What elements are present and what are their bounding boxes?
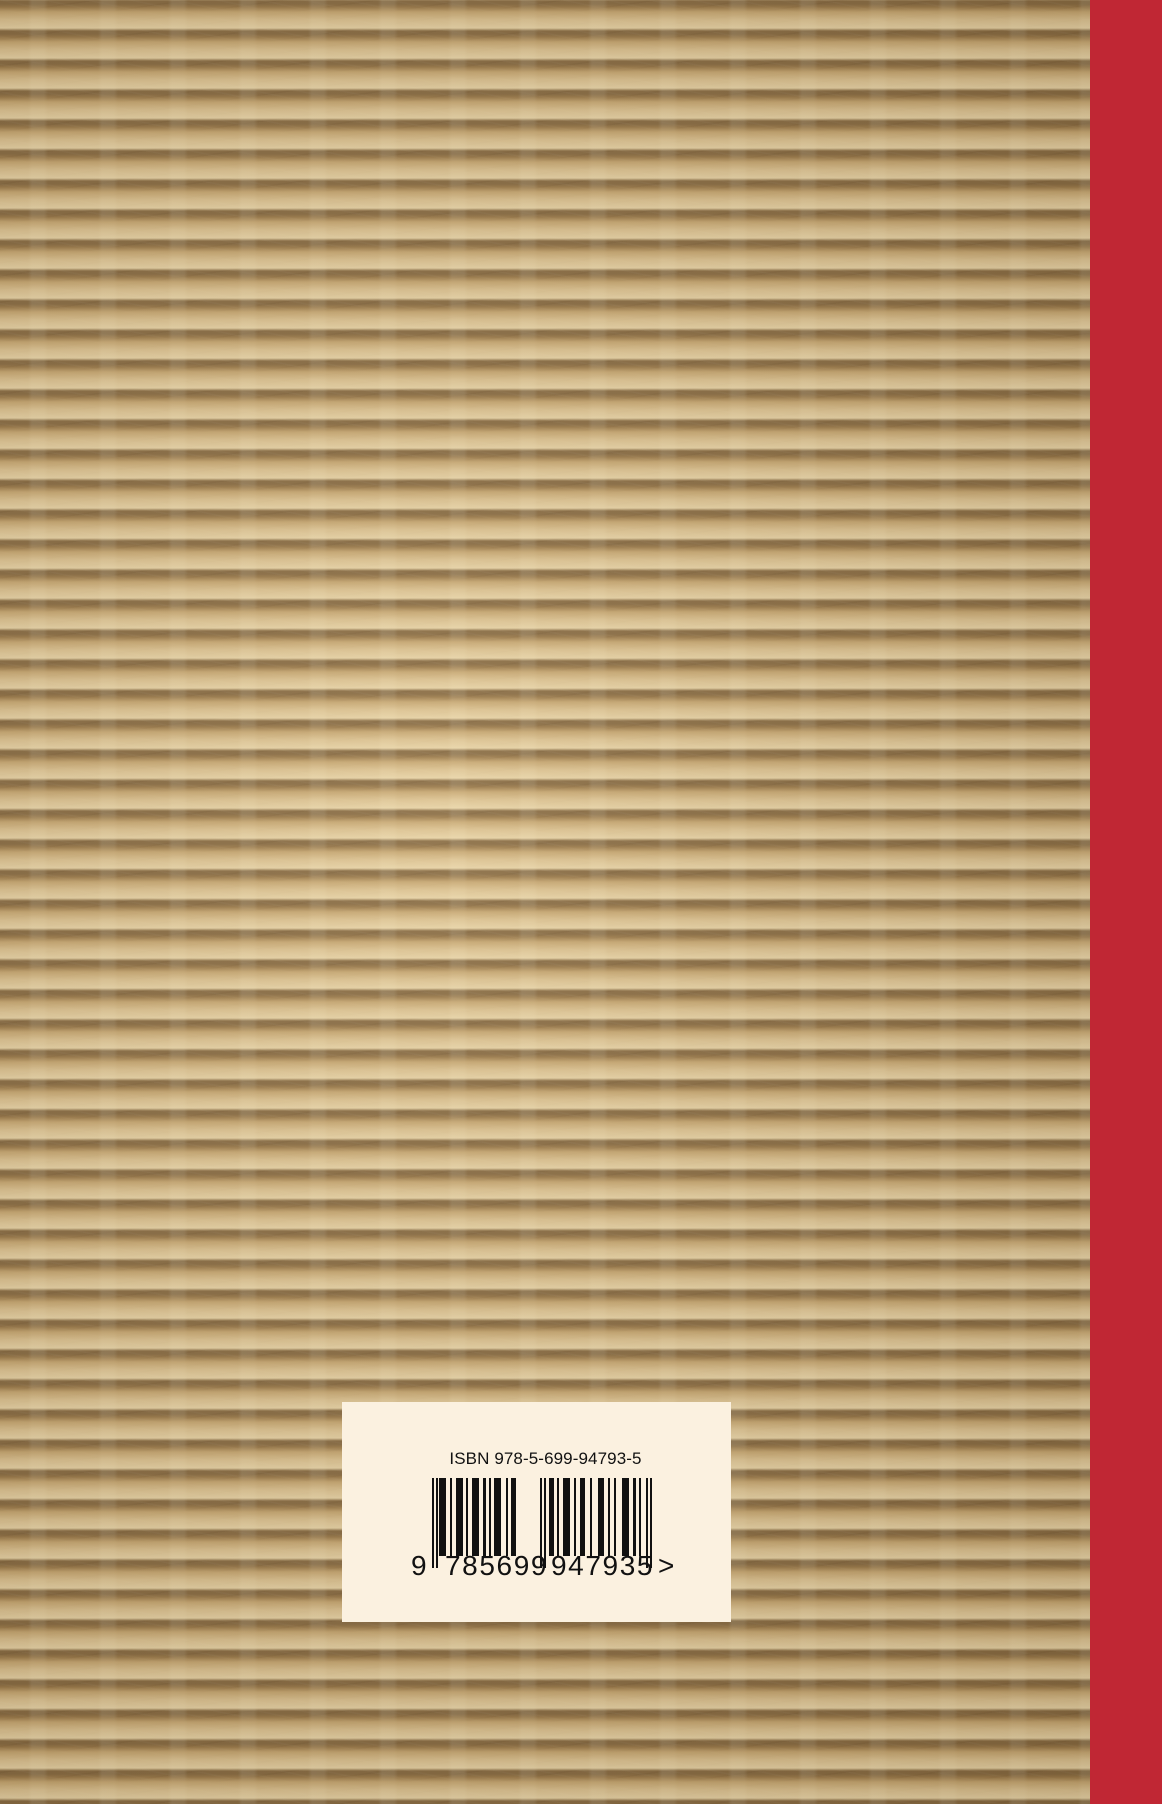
barcode-bar (563, 1478, 570, 1556)
barcode-bar (489, 1478, 491, 1556)
barcode-bar (598, 1478, 604, 1556)
barcode-panel: ISBN 978-5-699-94793-5 9 785699 947935 > (342, 1402, 731, 1622)
barcode-bar (511, 1478, 516, 1556)
barcode-bar (574, 1478, 576, 1556)
barcode-bar (633, 1478, 636, 1556)
barcode-bar (456, 1478, 463, 1556)
barcode-bar (436, 1478, 438, 1568)
barcode-bar (557, 1478, 559, 1556)
isbn-label: ISBN 978-5-699-94793-5 (342, 1449, 731, 1469)
barcode-right-digits: 947935 (551, 1552, 654, 1580)
barcode-left-digits: 785699 (445, 1552, 548, 1580)
barcode-bar (590, 1478, 592, 1556)
barcode-bar (472, 1478, 479, 1556)
barcode-bar (622, 1478, 629, 1556)
barcode-bar (608, 1478, 610, 1556)
barcode-bar (639, 1478, 641, 1556)
barcode-bar (432, 1478, 434, 1568)
barcode-bar (466, 1478, 468, 1556)
barcode-bar (614, 1478, 616, 1556)
red-spine-strip (1090, 0, 1162, 1804)
barcode-lead-digit: 9 (411, 1552, 427, 1580)
barcode-bar (549, 1478, 554, 1556)
barcode-bar (580, 1478, 585, 1556)
barcode-quiet-zone-marker: > (658, 1552, 674, 1580)
barcode-bar (450, 1478, 452, 1556)
barcode-bar (494, 1478, 501, 1556)
barcode-bar (506, 1478, 508, 1556)
barcode-bar (439, 1478, 446, 1556)
barcode-bar (483, 1478, 486, 1556)
